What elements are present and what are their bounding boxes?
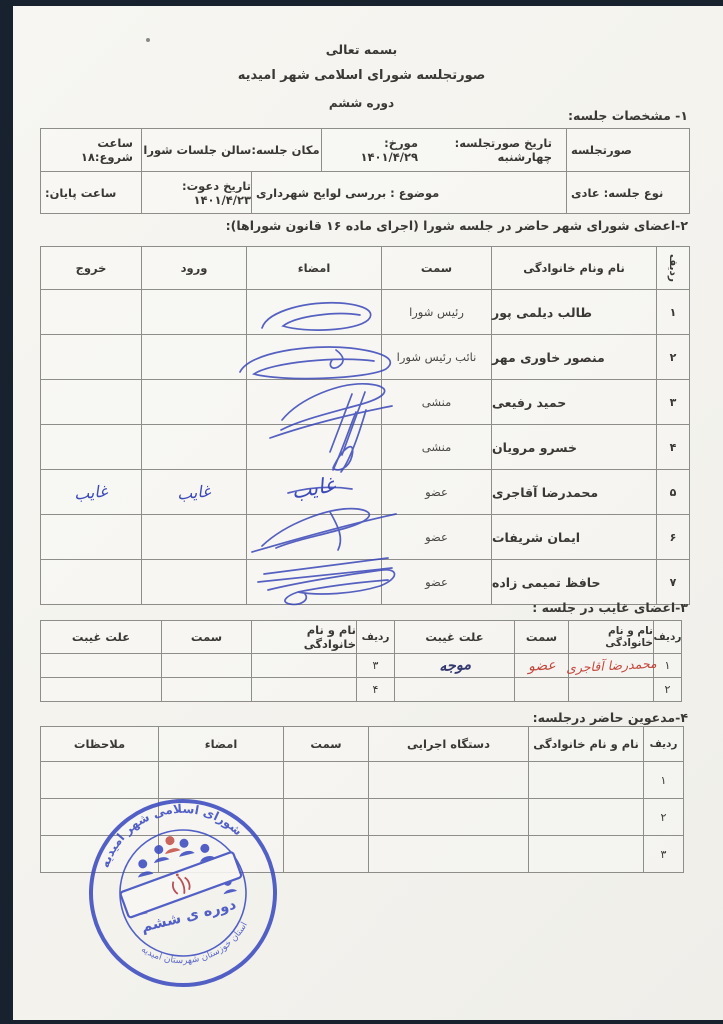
invitee-name-cell: [528, 799, 643, 835]
exit-header: خروج: [41, 247, 141, 289]
invitee-name-cell: [528, 762, 643, 798]
exit-cell: [41, 515, 141, 559]
invitee-signature-cell: [158, 762, 283, 798]
entry-cell: [141, 335, 246, 379]
name-header: نام و نام خانوادگی: [528, 727, 643, 761]
exit-cell: [41, 335, 141, 379]
member-name: طالب دیلمی پور: [491, 290, 656, 334]
invitee-notes-cell: [41, 836, 158, 872]
scanned-document-page: بسمه تعالی صورتجلسه شورای اسلامی شهر امی…: [0, 0, 723, 1024]
absent-handwriting: غایب: [290, 472, 337, 503]
member-name: حافظ تمیمی زاده: [491, 560, 656, 604]
member-row: ۴ خسرو مرویان منشی: [41, 425, 689, 470]
member-row: ۱ طالب دیلمی پور رئیس شورا: [41, 290, 689, 335]
row-number: ۲: [656, 335, 689, 379]
start-time-cell: ساعت شروع:۱۸: [41, 129, 141, 171]
member-position: منشی: [381, 380, 491, 424]
entry-cell: [141, 560, 246, 604]
entry-cell: [141, 380, 246, 424]
invitee-signature-cell: [158, 836, 283, 872]
exit-cell: [41, 380, 141, 424]
signature-cell: [246, 560, 381, 604]
absent-row: ۲ ۴: [41, 678, 681, 701]
absent-handwriting: غایب: [73, 481, 108, 503]
member-position: منشی: [381, 425, 491, 469]
entry-cell: [141, 425, 246, 469]
member-row: ۶ ایمان شریفات عضو: [41, 515, 689, 560]
signature-cell: [246, 425, 381, 469]
handwritten-name: محمدرضا آقاجری: [565, 656, 656, 676]
table-header-row: ردیف نام و نام خانوادگی سمت علت غیبت ردی…: [41, 621, 681, 654]
row-number: ۴: [656, 425, 689, 469]
meeting-date-value: مورخ: ۱۴۰۱/۴/۲۹: [336, 136, 418, 164]
row-number-header: ردیف: [653, 621, 681, 653]
table-row: نوع جلسه: عادی موضوع : بررسی لوایح شهردا…: [41, 172, 689, 213]
meeting-type-cell: نوع جلسه: عادی: [566, 172, 689, 213]
position-header: سمت: [381, 247, 491, 289]
entry-cell: [141, 515, 246, 559]
entry-header: ورود: [141, 247, 246, 289]
signature-cell: [246, 290, 381, 334]
absent-name-cell: [568, 678, 653, 701]
invitee-position-cell: [283, 762, 368, 798]
absent-name-cell: محمدرضا آقاجری: [568, 654, 653, 677]
agency-header: دستگاه اجرایی: [368, 727, 528, 761]
section2-heading: ۲-اعضای شورای شهر حاضر در جلسه شورا (اجر…: [226, 218, 688, 233]
table-row: صورتجلسه تاریخ صورتجلسه: چهارشنبه مورخ: …: [41, 129, 689, 172]
table-header-row: ردیف نام ونام خانوادگی سمت امضاء ورود خر…: [41, 247, 689, 290]
row-number: ۱: [656, 290, 689, 334]
position-header: سمت: [161, 621, 251, 653]
row-number-header: ردیف: [643, 727, 683, 761]
member-name: منصور خاوری مهر: [491, 335, 656, 379]
exit-cell: [41, 560, 141, 604]
row-number-header: ردیف: [356, 621, 394, 653]
row-number: ۳: [643, 836, 683, 872]
member-row: ۲ منصور خاوری مهر نائب رئیس شورا: [41, 335, 689, 380]
member-position: عضو: [381, 560, 491, 604]
invitee-notes-cell: [41, 762, 158, 798]
meeting-date-cell: تاریخ صورتجلسه: چهارشنبه مورخ: ۱۴۰۱/۴/۲۹: [321, 129, 566, 171]
meeting-specs-table: صورتجلسه تاریخ صورتجلسه: چهارشنبه مورخ: …: [40, 128, 690, 214]
row-number: ۴: [356, 678, 394, 701]
member-position: عضو: [381, 470, 491, 514]
absent-position-cell: عضو: [514, 654, 568, 677]
invitee-notes-cell: [41, 799, 158, 835]
row-number: ۷: [656, 560, 689, 604]
member-position: عضو: [381, 515, 491, 559]
document-title: صورتجلسه شورای اسلامی شهر امیدیه: [0, 68, 723, 83]
name-header: نام و نام خانوادگی: [568, 621, 653, 653]
absence-reason-cell: [41, 654, 161, 677]
entry-cell: غایب: [141, 470, 246, 514]
exit-cell: [41, 290, 141, 334]
member-name: خسرو مرویان: [491, 425, 656, 469]
invitees-table: ردیف نام و نام خانوادگی دستگاه اجرایی سم…: [40, 726, 684, 873]
absence-reason-header: علت غیبت: [41, 621, 161, 653]
row-number: ۶: [656, 515, 689, 559]
invitee-agency-cell: [368, 762, 528, 798]
entry-cell: [141, 290, 246, 334]
handwritten-reason: موجه: [438, 656, 471, 674]
bismillah-text: بسمه تعالی: [0, 42, 723, 57]
absence-reason-header: علت غیبت: [394, 621, 514, 653]
signature-cell: غایب: [246, 470, 381, 514]
name-header: نام و نام خانوادگی: [251, 621, 356, 653]
absent-position-cell: [161, 678, 251, 701]
row-number: ۳: [356, 654, 394, 677]
section1-heading: ۱- مشخصات جلسه:: [568, 108, 688, 123]
meeting-location-cell: مکان جلسه:سالن جلسات شورا: [141, 129, 321, 171]
member-position: نائب رئیس شورا: [381, 335, 491, 379]
signature-cell: [246, 515, 381, 559]
row-number: ۱: [643, 762, 683, 798]
absence-reason-cell: موجه: [394, 654, 514, 677]
member-position: رئیس شورا: [381, 290, 491, 334]
member-row: ۵ محمدرضا آقاجری عضو غایب غایب غایب: [41, 470, 689, 515]
row-number: ۱: [653, 654, 681, 677]
invitee-agency-cell: [368, 799, 528, 835]
subject-cell: موضوع : بررسی لوایح شهرداری: [251, 172, 566, 213]
absent-members-table: ردیف نام و نام خانوادگی سمت علت غیبت ردی…: [40, 620, 682, 702]
absent-name-cell: [251, 654, 356, 677]
signature-cell: [246, 380, 381, 424]
absent-position-cell: [161, 654, 251, 677]
section4-heading: ۴-مدعوین حاضر درجلسه:: [533, 710, 688, 725]
section3-heading: ۳-اعضای غایب در جلسه :: [532, 600, 688, 615]
invitee-row: ۲: [41, 799, 683, 836]
position-header: سمت: [283, 727, 368, 761]
present-members-table: ردیف نام ونام خانوادگی سمت امضاء ورود خر…: [40, 246, 690, 605]
invitee-signature-cell: [158, 799, 283, 835]
meeting-date-label: تاریخ صورتجلسه: چهارشنبه: [418, 136, 552, 164]
row-number: ۲: [653, 678, 681, 701]
end-time-cell: ساعت پایان:: [41, 172, 141, 213]
row-number: ۳: [656, 380, 689, 424]
invitee-row: ۱: [41, 762, 683, 799]
signature-header: امضاء: [158, 727, 283, 761]
invitee-agency-cell: [368, 836, 528, 872]
absence-reason-cell: [394, 678, 514, 701]
invite-date-cell: تاریخ دعوت: ۱۴۰۱/۴/۲۳: [141, 172, 251, 213]
member-name: ایمان شریفات: [491, 515, 656, 559]
invitee-position-cell: [283, 799, 368, 835]
invitee-row: ۳: [41, 836, 683, 872]
member-row: ۳ حمید رفیعی منشی: [41, 380, 689, 425]
member-name: حمید رفیعی: [491, 380, 656, 424]
exit-cell: [41, 425, 141, 469]
absence-reason-cell: [41, 678, 161, 701]
signature-header: امضاء: [246, 247, 381, 289]
absent-name-cell: [251, 678, 356, 701]
invitee-position-cell: [283, 836, 368, 872]
notes-header: ملاحظات: [41, 727, 158, 761]
handwritten-position: عضو: [527, 657, 556, 674]
exit-cell: غایب: [41, 470, 141, 514]
signature-cell: [246, 335, 381, 379]
absent-row: ۱ محمدرضا آقاجری عضو موجه ۳: [41, 654, 681, 678]
position-header: سمت: [514, 621, 568, 653]
invitee-name-cell: [528, 836, 643, 872]
name-header: نام ونام خانوادگی: [491, 247, 656, 289]
record-type-cell: صورتجلسه: [566, 129, 689, 171]
table-header-row: ردیف نام و نام خانوادگی دستگاه اجرایی سم…: [41, 727, 683, 762]
member-name: محمدرضا آقاجری: [491, 470, 656, 514]
absent-position-cell: [514, 678, 568, 701]
row-number: ۲: [643, 799, 683, 835]
row-number-header: ردیف: [656, 247, 689, 289]
member-row: ۷ حافظ تمیمی زاده عضو: [41, 560, 689, 604]
absent-handwriting: غایب: [176, 481, 211, 503]
row-number: ۵: [656, 470, 689, 514]
